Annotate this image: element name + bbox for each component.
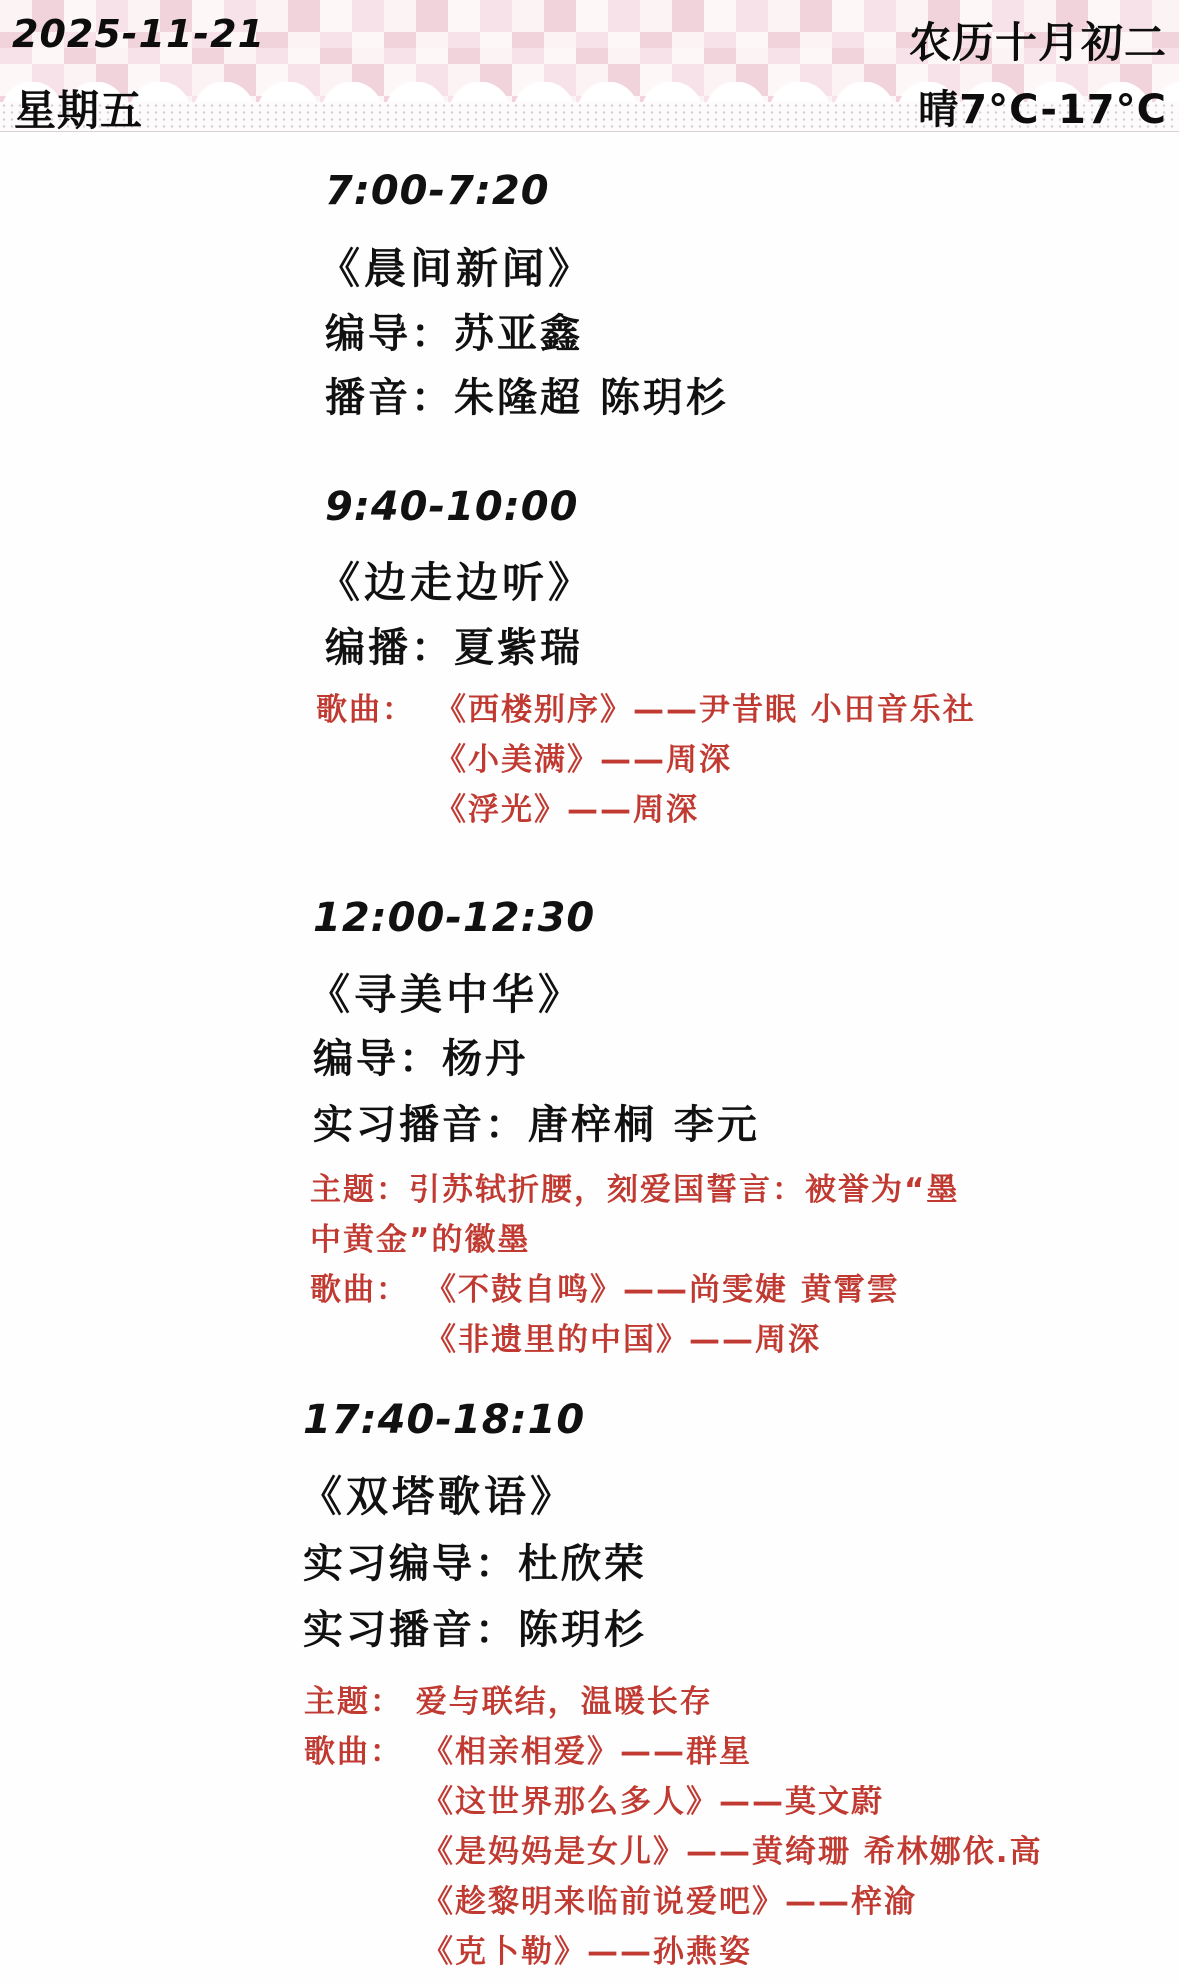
theme-line: 主题：引苏轼折腰，刻爱国誓言：被誉为“墨 (310, 1164, 959, 1209)
song-item: 《相亲相爱》——群星 (422, 1726, 752, 1771)
song-item: 《克卜勒》——孙燕姿 (422, 1926, 752, 1971)
song-item: 《浮光》——周深 (435, 784, 699, 829)
program-time: 17:40-18:10 (303, 1397, 585, 1443)
song-item: 《是妈妈是女儿》——黄绮珊 希林娜依.高 (422, 1826, 1043, 1871)
program-crew: 播音：朱隆超 陈玥杉 (325, 366, 729, 423)
program-crew: 编导：苏亚鑫 (325, 302, 583, 359)
theme-line: 中黄金”的徽墨 (310, 1214, 530, 1259)
song-item: 《不鼓自鸣》——尚雯婕 黄霄雲 (425, 1264, 900, 1309)
song-item: 《西楼别序》——尹昔眠 小田音乐社 (435, 684, 976, 729)
header-banner: 2025-11-21 星期五 农历十月初二 晴7°C-17°C (0, 0, 1179, 132)
program-crew: 实习播音：唐梓桐 李元 (313, 1093, 760, 1150)
song-item: 《趁黎明来临前说爱吧》——梓渝 (422, 1876, 917, 1921)
weekday-label: 星期五 (14, 78, 143, 132)
program-title: 《寻美中华》 (308, 962, 584, 1022)
song-item: 《非遗里的中国》——周深 (425, 1314, 821, 1359)
lunar-date-label: 农历十月初二 (909, 10, 1167, 70)
song-item: 《小美满》——周深 (435, 734, 732, 779)
program-crew: 编导：杨丹 (313, 1027, 528, 1084)
program-time: 7:00-7:20 (325, 168, 550, 214)
songs-label: 歌曲： (316, 684, 415, 729)
program-title: 《边走边听》 (318, 550, 594, 610)
songs-label: 歌曲： (304, 1726, 403, 1771)
date-label: 2025-11-21 (12, 12, 265, 56)
program-crew: 实习编导：杜欣荣 (303, 1532, 647, 1589)
song-item: 《这世界那么多人》——莫文蔚 (422, 1776, 884, 1821)
program-crew: 实习播音：陈玥杉 (303, 1598, 647, 1655)
weather-label: 晴7°C-17°C (918, 78, 1167, 132)
program-time: 12:00-12:30 (313, 895, 595, 941)
program-title: 《晨间新闻》 (318, 236, 594, 296)
program-title: 《双塔歌语》 (300, 1464, 576, 1524)
program-time: 9:40-10:00 (325, 484, 578, 530)
theme-line: 主题： 爱与联结，温暖长存 (304, 1676, 713, 1721)
songs-label: 歌曲： (310, 1264, 409, 1309)
program-crew: 编播：夏紫瑞 (325, 616, 583, 673)
